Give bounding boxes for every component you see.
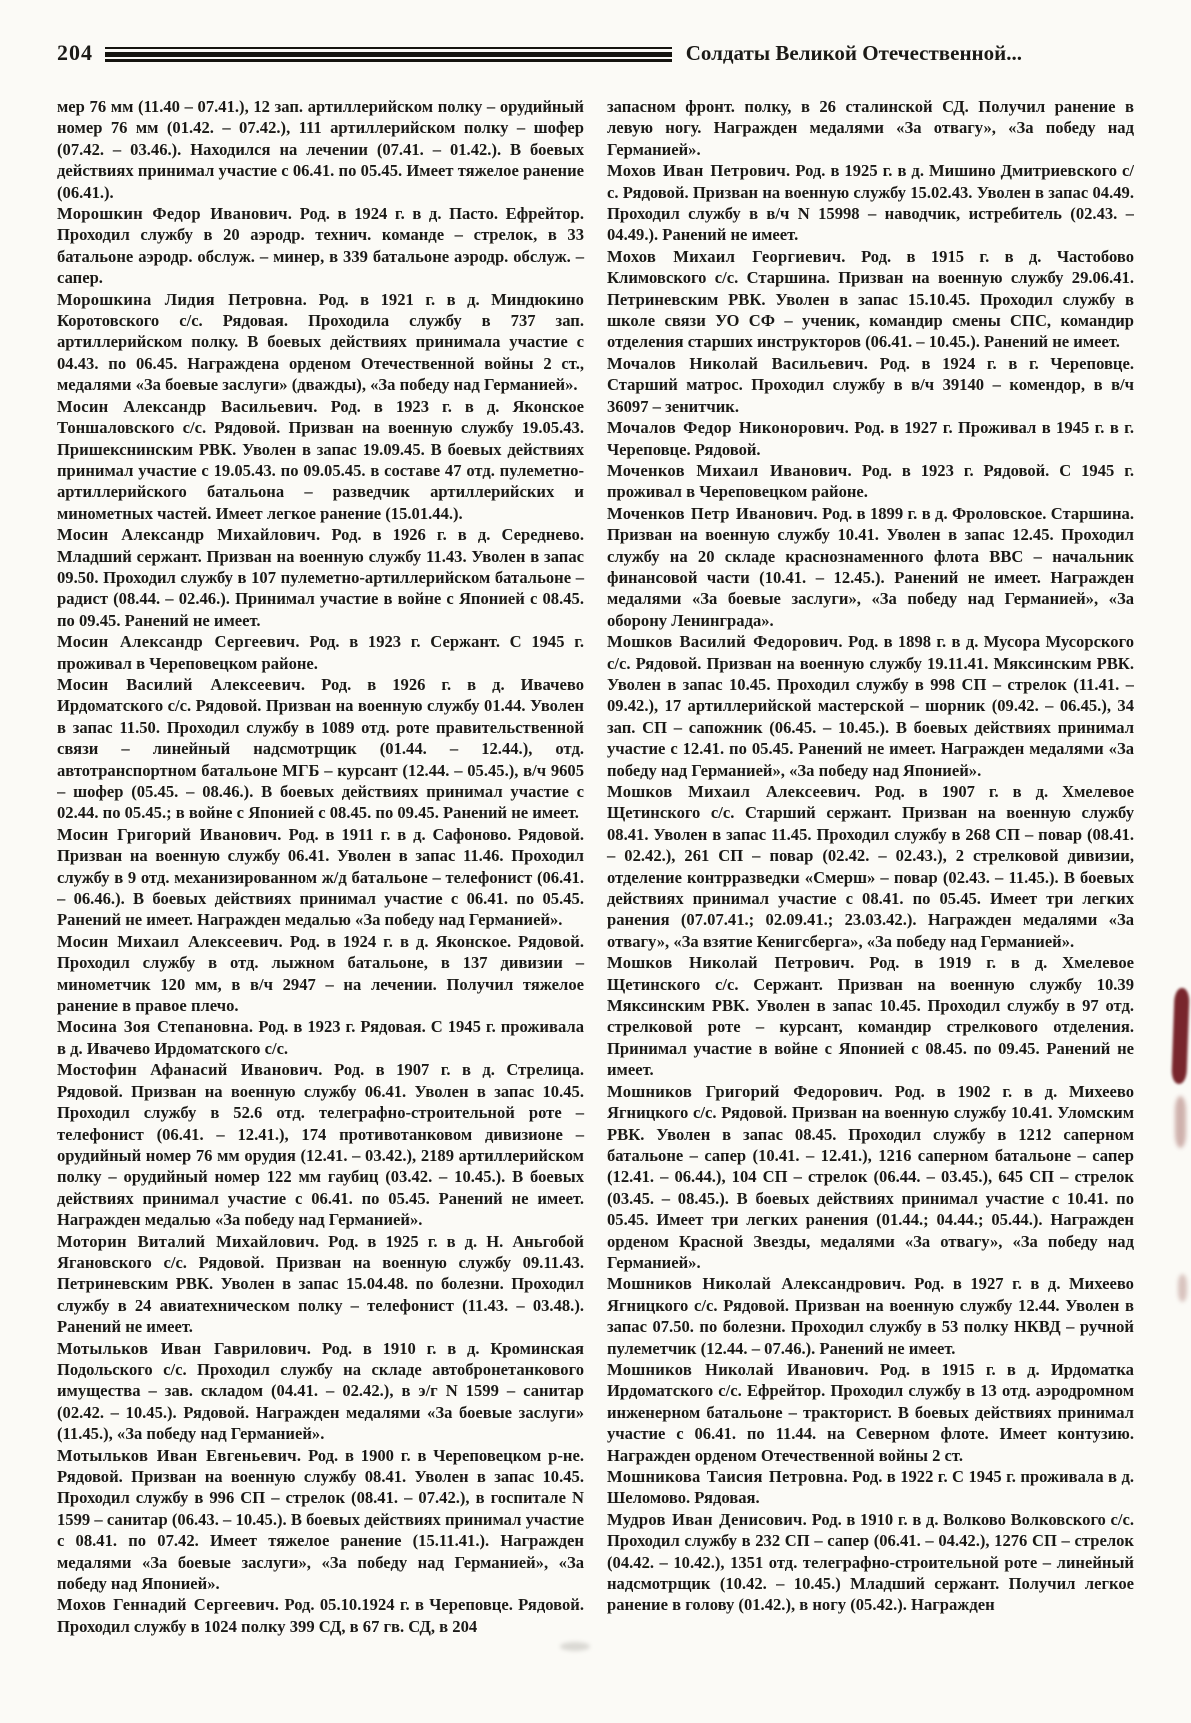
soldier-name: Мосин Александр Сергеевич.: [57, 632, 300, 651]
soldier-entry: Мосина Зоя Степановна. Род. в 1923 г. Ря…: [57, 1016, 584, 1059]
soldier-name: Мотыльков Иван Евгеньевич.: [57, 1446, 301, 1465]
header-rule-top-line: [105, 47, 672, 50]
soldier-entry: Мочалов Николай Васильевич. Род. в 1924 …: [607, 353, 1134, 417]
soldier-name: Мошникова Таисия Петровна.: [607, 1467, 848, 1486]
soldier-entry: Мосин Александр Сергеевич. Род. в 1923 г…: [57, 631, 584, 674]
soldier-name: Мосина Зоя Степановна.: [57, 1017, 253, 1036]
soldier-name: Мотыльков Иван Гаврилович.: [57, 1339, 311, 1358]
column-right: запасном фронт. полку, в 26 сталинской С…: [607, 96, 1134, 1696]
soldier-entry: Мошков Василий Федорович. Род. в 1898 г.…: [607, 631, 1134, 781]
soldier-entry: Мочалов Федор Никонорович. Род. в 1927 г…: [607, 417, 1134, 460]
soldier-name: Мохов Геннадий Сергеевич.: [57, 1595, 279, 1614]
header-rule-bottom-line: [105, 59, 672, 62]
soldier-name: Морошкина Лидия Петровна.: [57, 290, 307, 309]
soldier-entry: Моченков Михаил Иванович. Род. в 1923 г.…: [607, 460, 1134, 503]
soldier-name: Мошников Григорий Федорович.: [607, 1082, 883, 1101]
text-columns: мер 76 мм (11.40 – 07.41.), 12 зап. арти…: [57, 96, 1134, 1696]
soldier-record-text: Род. в 1907 г. в д. Хмелевое Щетинского …: [607, 782, 1134, 951]
soldier-entry: запасном фронт. полку, в 26 сталинской С…: [607, 96, 1134, 160]
soldier-entry: Мостофин Афанасий Иванович. Род. в 1907 …: [57, 1059, 584, 1230]
ink-stain-main: [1171, 988, 1189, 1084]
soldier-name: Мочалов Николай Васильевич.: [607, 354, 868, 373]
soldier-record-text: запасном фронт. полку, в 26 сталинской С…: [607, 97, 1134, 159]
soldier-name: Мошков Михаил Алексеевич.: [607, 782, 861, 801]
soldier-entry: мер 76 мм (11.40 – 07.41.), 12 зап. арти…: [57, 96, 584, 203]
soldier-name: Моченков Михаил Иванович.: [607, 461, 852, 480]
soldier-entry: Мохов Михаил Георгиевич. Род. в 1915 г. …: [607, 246, 1134, 353]
soldier-entry: Мошников Григорий Федорович. Род. в 1902…: [607, 1081, 1134, 1274]
soldier-entry: Мосин Александр Васильевич. Род. в 1923 …: [57, 396, 584, 524]
soldier-name: Мостофин Афанасий Иванович.: [57, 1060, 323, 1079]
soldier-entry: Морошкин Федор Иванович. Род. в 1924 г. …: [57, 203, 584, 289]
header-rule: [105, 47, 672, 62]
soldier-entry: Моторин Виталий Михайлович. Род. в 1925 …: [57, 1231, 584, 1338]
soldier-name: Моченков Петр Иванович.: [607, 504, 818, 523]
soldier-name: Мошников Николай Александрович.: [607, 1274, 906, 1293]
header-rule-thick-line: [105, 52, 672, 57]
soldier-entry: Мотыльков Иван Евгеньевич. Род. в 1900 г…: [57, 1445, 584, 1595]
soldier-entry: Мосин Василий Алексеевич. Род. в 1926 г.…: [57, 674, 584, 824]
soldier-entry: Мотыльков Иван Гаврилович. Род. в 1910 г…: [57, 1338, 584, 1445]
soldier-name: Мохов Иван Петрович.: [607, 161, 790, 180]
soldier-entry: Мосин Михаил Алексеевич. Род. в 1924 г. …: [57, 931, 584, 1017]
running-title: Солдаты Великой Отечественной...: [686, 43, 1134, 64]
soldier-name: Мосин Григорий Иванович.: [57, 825, 282, 844]
soldier-entry: Мосин Григорий Иванович. Род. в 1911 г. …: [57, 824, 584, 931]
soldier-name: Мосин Василий Алексеевич.: [57, 675, 305, 694]
soldier-name: Мохов Михаил Георгиевич.: [607, 247, 846, 266]
soldier-name: Мочалов Федор Никонорович.: [607, 418, 849, 437]
page-number: 204: [57, 42, 93, 64]
scanned-book-page: 204 Солдаты Великой Отечественной... мер…: [0, 0, 1191, 1723]
soldier-name: Мошков Николай Петрович.: [607, 953, 855, 972]
soldier-name: Мосин Александр Михайлович.: [57, 525, 320, 544]
soldier-record-text: Род. в 1902 г. в д. Михеево Ягницкого с/…: [607, 1082, 1134, 1272]
column-left: мер 76 мм (11.40 – 07.41.), 12 зап. арти…: [57, 96, 584, 1696]
soldier-entry: Мошков Михаил Алексеевич. Род. в 1907 г.…: [607, 781, 1134, 952]
soldier-entry: Мудров Иван Денисович. Род. в 1910 г. в …: [607, 1509, 1134, 1616]
soldier-record-text: Род. в 1926 г. в д. Ивачево Ирдоматского…: [57, 675, 584, 822]
ink-stain-dot: [1178, 1274, 1187, 1302]
soldier-entry: Мошникова Таисия Петровна. Род. в 1922 г…: [607, 1466, 1134, 1509]
soldier-record-text: Род. в 1898 г. в д. Мусора Мусорского с/…: [607, 632, 1134, 779]
soldier-name: Моторин Виталий Михайлович.: [57, 1232, 319, 1251]
soldier-record-text: мер 76 мм (11.40 – 07.41.), 12 зап. арти…: [57, 97, 584, 202]
soldier-name: Мудров Иван Денисович.: [607, 1510, 807, 1529]
soldier-entry: Морошкина Лидия Петровна. Род. в 1921 г.…: [57, 289, 584, 396]
soldier-record-text: Род. в 1907 г. в д. Стрелица. Рядовой. П…: [57, 1060, 584, 1229]
soldier-name: Морошкин Федор Иванович.: [57, 204, 292, 223]
soldier-entry: Мосин Александр Михайлович. Род. в 1926 …: [57, 524, 584, 631]
soldier-entry: Моченков Петр Иванович. Род. в 1899 г. в…: [607, 503, 1134, 631]
soldier-entry: Мошков Николай Петрович. Род. в 1919 г. …: [607, 952, 1134, 1080]
ink-stain-soft: [1175, 1096, 1186, 1148]
soldier-entry: Мохов Геннадий Сергеевич. Род. 05.10.192…: [57, 1594, 584, 1637]
soldier-entry: Мохов Иван Петрович. Род. в 1925 г. в д.…: [607, 160, 1134, 246]
soldier-name: Мосин Александр Васильевич.: [57, 397, 318, 416]
soldier-entry: Мошников Николай Александрович. Род. в 1…: [607, 1273, 1134, 1359]
soldier-record-text: Род. в 1900 г. в Череповецком р-не. Рядо…: [57, 1446, 584, 1593]
page-header: 204 Солдаты Великой Отечественной...: [57, 42, 1134, 64]
soldier-entry: Мошников Николай Иванович. Род. в 1915 г…: [607, 1359, 1134, 1466]
soldier-name: Мосин Михаил Алексеевич.: [57, 932, 283, 951]
soldier-name: Мошников Николай Иванович.: [607, 1360, 869, 1379]
soldier-name: Мошков Василий Федорович.: [607, 632, 843, 651]
